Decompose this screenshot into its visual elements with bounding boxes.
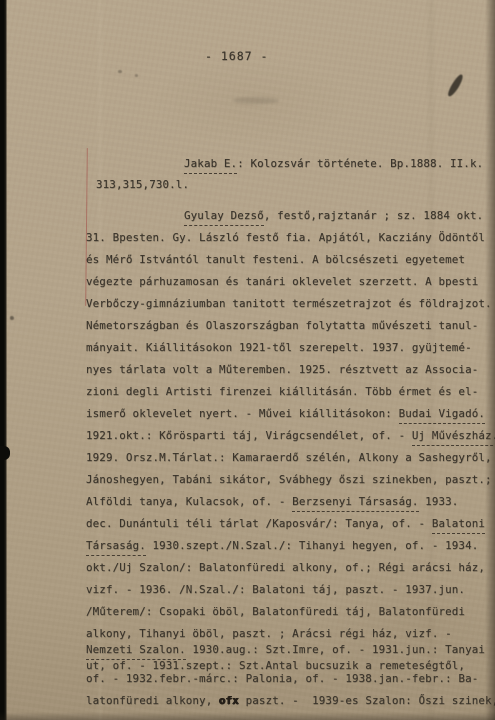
text-line: és Mérő Istvántól tanult festeni. A bölc… — [86, 253, 465, 266]
text-segment: zioni degli Artisti firenzei kiállitásán… — [86, 385, 478, 398]
text-line: Jánoshegyen, Tabáni sikátor, Svábhegy ős… — [86, 473, 492, 486]
scan-edge-notch — [0, 446, 10, 460]
underlined-text: Uj Művészház. — [412, 429, 495, 446]
text-segment: latonfüredi alkony, — [86, 694, 219, 707]
text-segment: 313,315,730.l. — [96, 178, 189, 191]
text-segment: alkony, Tihanyi öböl, paszt. ; Arácsi ré… — [86, 627, 452, 640]
underlined-text: Gyulay Dezső — [184, 209, 264, 226]
scanned-page: - 1687 -Jakab E.: Kolozsvár története. B… — [0, 0, 495, 720]
entry-heading-line: Gyulay Dezső, festő,rajztanár ; sz. 1884… — [184, 209, 483, 222]
text-segment: Alföldi tanya, Kulacsok, of. - — [86, 495, 292, 508]
text-segment: Verbőczy-gimnáziumban tanitott természet… — [86, 297, 492, 310]
text-segment: - 1687 - — [205, 49, 268, 63]
text-line: okt./Uj Szalon/: Balatonfüredi alkony, o… — [86, 561, 485, 574]
text-line: latonfüredi alkony, ofx paszt. - 1939-es… — [86, 694, 495, 707]
text-segment: ismerő oklevelet nyert. - Művei kiállitá… — [86, 407, 399, 420]
text-segment: és Mérő Istvántól tanult festeni. A bölc… — [86, 253, 465, 266]
underlined-text: Budai Vigadó. — [399, 407, 485, 424]
text-segment: 31. Bpesten. Gy. László festő fia. Apját… — [86, 231, 485, 244]
text-line: 1921.okt.: Kőrösparti táj, Virágcsendéle… — [86, 429, 495, 442]
text-line: ut, of. - 1931.szept.: Szt.Antal bucsuzi… — [86, 659, 465, 672]
text-line: of. - 1932.febr.-márc.: Palonia, of. - 1… — [86, 672, 478, 685]
underlined-text: Balatoni — [432, 517, 485, 534]
typewritten-text: - 1687 -Jakab E.: Kolozsvár története. B… — [0, 0, 495, 720]
text-segment: : Kolozsvár története. Bp.1888. II.k. — [237, 157, 483, 170]
text-segment: 1930.aug.: Szt.Imre, of. - 1931.jun.: Ta… — [186, 643, 485, 656]
reference-line: 313,315,730.l. — [96, 178, 189, 191]
text-line: Németországban és Olaszországban folytat… — [86, 319, 478, 332]
text-line: Nemzeti Szalon. 1930.aug.: Szt.Imre, of.… — [86, 643, 485, 656]
underlined-text: Nemzeti Szalon. — [86, 643, 186, 660]
text-line: Társaság. 1930.szept./N.Szal./: Tihanyi … — [86, 539, 478, 552]
text-line: 31. Bpesten. Gy. László festő fia. Apját… — [86, 231, 485, 244]
text-line: alkony, Tihanyi öböl, paszt. ; Arácsi ré… — [86, 627, 452, 640]
underlined-text: Társaság. — [86, 539, 146, 556]
overstruck-text: ofx — [219, 694, 239, 707]
text-line: 1929. Orsz.M.Tárlat.: Kamaraerdő szélén,… — [86, 451, 492, 464]
text-segment: paszt. - 1939-es Szalon: Őszi szinek, — [239, 694, 495, 707]
text-segment: of. - 1932.febr.-márc.: Palonia, of. - 1… — [86, 672, 478, 685]
text-segment: 1929. Orsz.M.Tárlat.: Kamaraerdő szélén,… — [86, 451, 492, 464]
text-segment: 1921.okt.: Kőrösparti táj, Virágcsendéle… — [86, 429, 412, 442]
text-line: ismerő oklevelet nyert. - Művei kiállitá… — [86, 407, 485, 420]
text-segment: okt./Uj Szalon/: Balatonfüredi alkony, o… — [86, 561, 485, 574]
page-number: - 1687 - — [205, 49, 268, 63]
underlined-text: Berzsenyi Társaság. — [292, 495, 418, 512]
text-segment: Jánoshegyen, Tabáni sikátor, Svábhegy ős… — [86, 473, 492, 486]
text-segment: dec. Dunántuli téli tárlat /Kaposvár/: T… — [86, 517, 432, 530]
text-segment: mányait. Kiállitásokon 1921-től szerepel… — [86, 341, 472, 354]
text-segment: /Műterem/: Csopaki öböl, Balatonfüredi t… — [86, 605, 465, 618]
text-segment: vizf. - 1936. /N.Szal./: Balatoni táj, p… — [86, 583, 465, 596]
reference-line: Jakab E.: Kolozsvár története. Bp.1888. … — [184, 157, 483, 170]
text-line: végezte párhuzamosan és tanári oklevelet… — [86, 275, 478, 288]
text-segment: 1930.szept./N.Szal./: Tihanyi hegyen, of… — [146, 539, 479, 552]
text-segment: Németországban és Olaszországban folytat… — [86, 319, 478, 332]
text-segment: , festő,rajztanár ; sz. 1884 okt. — [264, 209, 483, 222]
text-segment: 1933. — [419, 495, 459, 508]
text-line: zioni degli Artisti firenzei kiállitásán… — [86, 385, 478, 398]
text-line: vizf. - 1936. /N.Szal./: Balatoni táj, p… — [86, 583, 465, 596]
text-line: mányait. Kiállitásokon 1921-től szerepel… — [86, 341, 472, 354]
text-line: dec. Dunántuli téli tárlat /Kaposvár/: T… — [86, 517, 485, 530]
text-segment: végezte párhuzamosan és tanári oklevelet… — [86, 275, 478, 288]
text-segment: nyes tárlata volt a Műteremben. 1925. ré… — [86, 363, 478, 376]
text-segment: ut, of. - 1931.szept.: Szt.Antal bucsuzi… — [86, 659, 465, 672]
scan-edge-left — [0, 0, 7, 720]
underlined-text: Jakab E. — [184, 157, 237, 174]
text-line: nyes tárlata volt a Műteremben. 1925. ré… — [86, 363, 478, 376]
text-line: /Műterem/: Csopaki öböl, Balatonfüredi t… — [86, 605, 465, 618]
text-line: Verbőczy-gimnáziumban tanitott természet… — [86, 297, 492, 310]
text-line: Alföldi tanya, Kulacsok, of. - Berzsenyi… — [86, 495, 458, 508]
